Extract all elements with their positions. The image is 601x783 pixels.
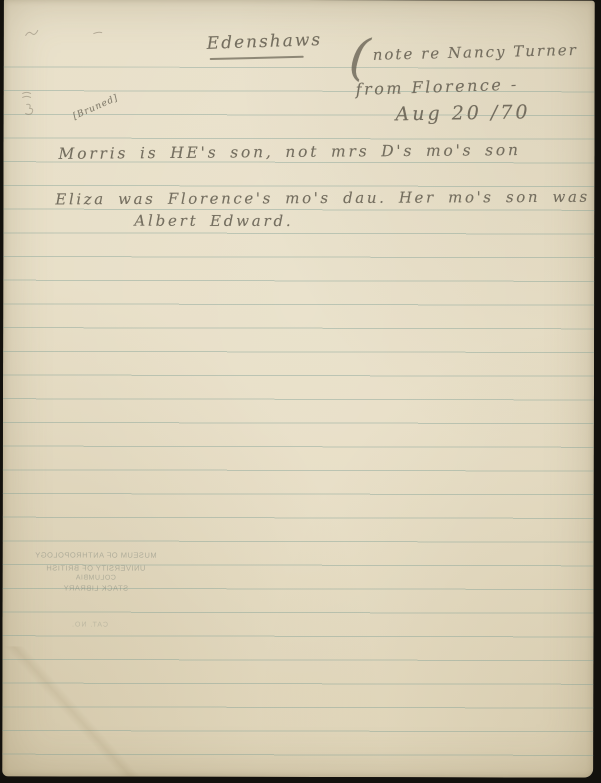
body-line-3: Albert Edward. [134,212,293,230]
stamp-line-2: UNIVERSITY OF BRITISH [33,564,159,572]
title-underline [210,56,304,60]
body-line-2: Eliza was Florence's mo's dau. Her mo's … [55,188,589,209]
page-title: Edenshaws [206,30,322,54]
body-line-1: Morris is HE's son, not mrs D's mo's son [58,141,520,163]
note-line-2: from Florence - [355,75,519,99]
stamp-line-3: COLUMBIA [33,574,159,582]
stamp-line-1: MUSEUM OF ANTHROPOLOGY [33,551,159,559]
inserted-annotation: [Bruned] [72,93,121,122]
note-parenthesis: ( [347,27,373,87]
stamp-catalog-line: CAT. NO. [54,621,124,628]
stamp-line-4: STACK LIBRARY [33,584,159,592]
scanned-notepaper-page: MUSEUM OF ANTHROPOLOGY UNIVERSITY OF BRI… [2,0,595,778]
library-stamp-mirrored: MUSEUM OF ANTHROPOLOGY UNIVERSITY OF BRI… [33,551,159,592]
ruled-lines [2,66,594,776]
paper-crease [2,646,142,776]
note-line-1: note re Nancy Turner [373,41,578,64]
note-date: Aug 20 /70 [395,101,530,125]
